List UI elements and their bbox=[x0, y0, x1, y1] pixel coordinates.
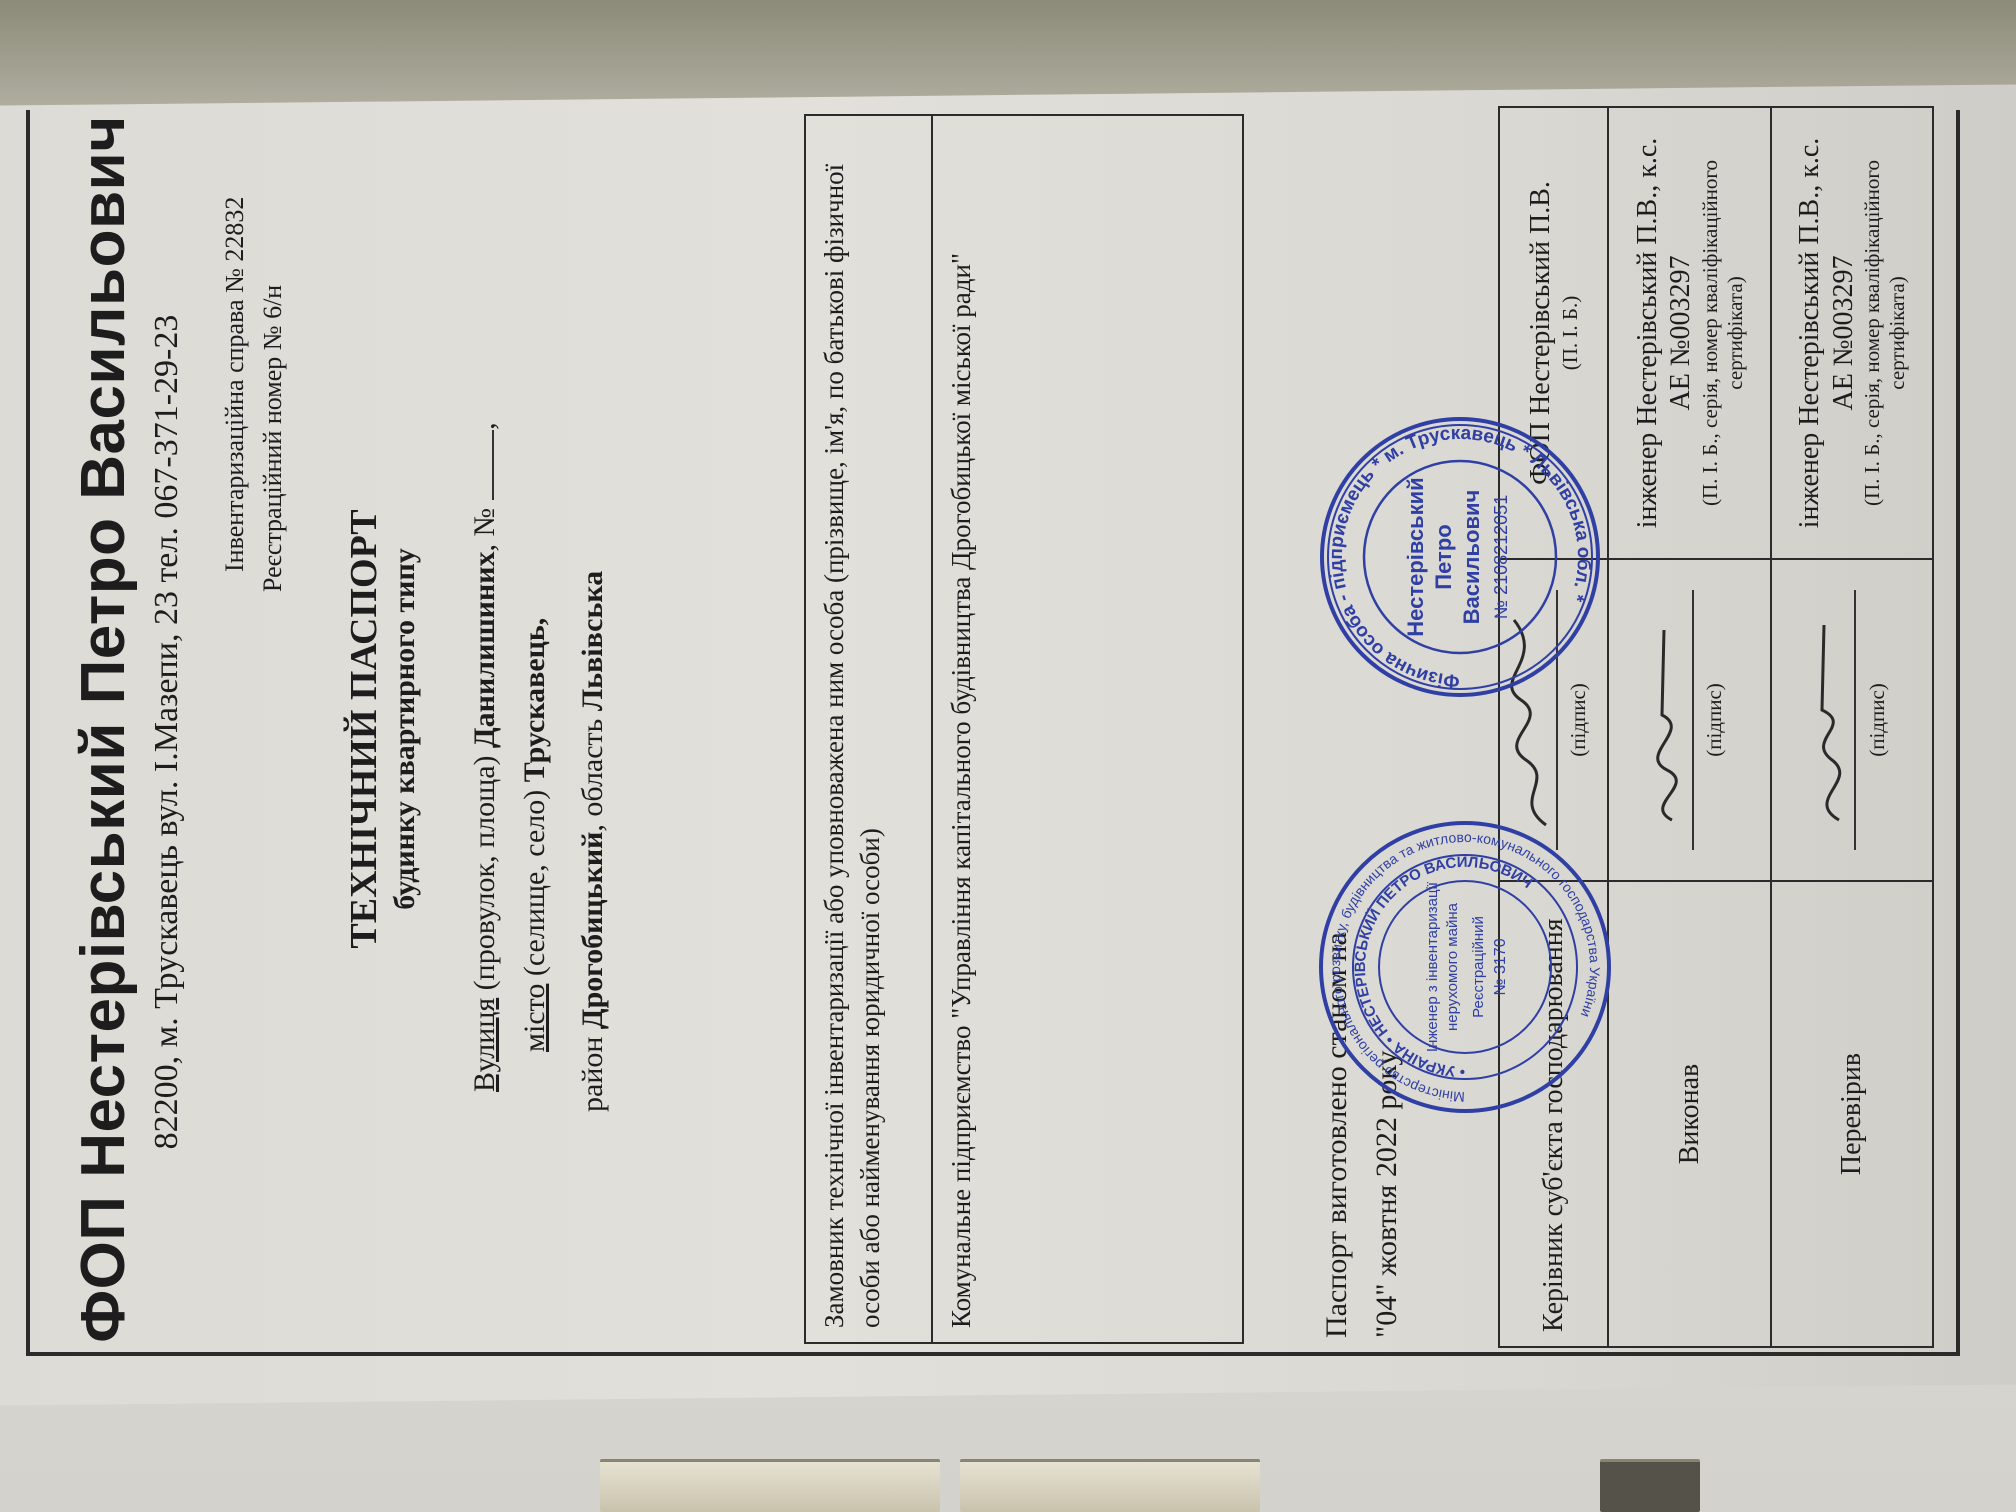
handwritten-signature-icon bbox=[1642, 610, 1698, 830]
company-title: ФОП Нестерівський Петро Васильович bbox=[68, 106, 139, 1352]
city-line: місто (селище, село) Трускавець, bbox=[518, 618, 552, 1052]
binding-strip bbox=[960, 1459, 1260, 1512]
binding-strip bbox=[600, 1459, 940, 1512]
stamp-line: № 3170 bbox=[1492, 938, 1509, 995]
city-alternatives: (селище, село) bbox=[518, 790, 551, 976]
stamp-line: Васильович bbox=[1459, 490, 1484, 625]
inventory-case-number: Інвентаризаційна справа № 22832 bbox=[220, 197, 250, 572]
signer-name: інженер Нестерівський П.В., к.с. АЕ №003… bbox=[1794, 138, 1859, 529]
company-address: 82200, м. Трускавець вул. І.Мазепи, 23 т… bbox=[148, 182, 186, 1282]
signature-row: Виконав (підпис) інженер Нестерівський П… bbox=[1608, 107, 1770, 1347]
customer-label: Замовник технічної інвентаризації або уп… bbox=[805, 115, 932, 1343]
city-label: місто bbox=[518, 984, 551, 1052]
street-value: Данилишиних bbox=[468, 551, 501, 748]
signature-caption: (підпис) bbox=[1865, 568, 1890, 872]
stamp-line: Нестерівський bbox=[1403, 477, 1428, 636]
signature-line bbox=[1814, 590, 1856, 850]
name-cell: інженер Нестерівський П.В., к.с. АЕ №003… bbox=[1771, 107, 1933, 559]
signature-cell: (підпис) bbox=[1608, 559, 1770, 881]
name-caption: (П. І. Б., серія, номер кваліфікаційного… bbox=[1698, 116, 1748, 550]
street-line: Вулиця (провулок, площа) Данилишиних, №, bbox=[468, 422, 502, 1092]
customer-value: Комунальне підприємство "Управління капі… bbox=[932, 115, 1243, 1343]
engineer-stamp: Міністерство регіонального розвитку, буд… bbox=[1315, 817, 1615, 1117]
name-cell: інженер Нестерівський П.В., к.с. АЕ №003… bbox=[1608, 107, 1770, 559]
city-value: Трускавець, bbox=[518, 618, 551, 783]
name-caption: (П. І. Б., серія, номер кваліфікаційного… bbox=[1860, 116, 1910, 550]
signer-name: інженер Нестерівський П.В., к.с. АЕ №003… bbox=[1632, 138, 1697, 529]
oblast-value: Львівська bbox=[576, 571, 609, 711]
signature-line bbox=[1652, 590, 1694, 850]
passport-title: ТЕХНІЧНИЙ ПАСПОРТ bbox=[342, 106, 386, 1352]
role-label: Виконав bbox=[1608, 881, 1770, 1347]
raion-value: Дрогобицький bbox=[576, 832, 609, 1030]
oblast-label: , область bbox=[576, 719, 609, 832]
raion-label: район bbox=[576, 1037, 609, 1112]
stamp-line: Реєстраційний bbox=[1470, 916, 1487, 1018]
street-alternatives: (провулок, площа) bbox=[468, 755, 501, 990]
customer-table: Замовник технічної інвентаризації або уп… bbox=[804, 114, 1244, 1344]
house-number-blank bbox=[492, 430, 494, 500]
stamp-line: Петро bbox=[1431, 524, 1456, 589]
round-stamp-icon: Міністерство регіонального розвитку, буд… bbox=[1315, 817, 1615, 1117]
passport-subtitle: будинку квартирного типу bbox=[388, 106, 422, 1352]
binding-strip bbox=[1600, 1459, 1700, 1512]
role-label: Перевірив bbox=[1771, 881, 1933, 1347]
stamp-line: Інженер з інвентаризації bbox=[1424, 881, 1441, 1052]
raion-line: район Дрогобицький, область Львівська bbox=[576, 571, 610, 1112]
round-stamp-icon: Фізична особа - підприємець * м. Трускав… bbox=[1315, 412, 1605, 702]
number-label: , № bbox=[468, 508, 501, 552]
handwritten-signature-icon bbox=[1804, 610, 1860, 830]
signature-caption: (підпис) bbox=[1702, 568, 1727, 872]
stamp-line: нерухомого майна bbox=[1444, 902, 1461, 1031]
fop-stamp: Фізична особа - підприємець * м. Трускав… bbox=[1315, 412, 1605, 702]
signature-cell: (підпис) bbox=[1771, 559, 1933, 881]
stamp-line: № 2108212051 bbox=[1491, 495, 1511, 619]
signature-row: Керівник суб'єкта господарювання (підпис… bbox=[1499, 107, 1608, 1347]
signature-row: Перевірив (підпис) інженер Нестерівський… bbox=[1771, 107, 1933, 1347]
signatures-table: Керівник суб'єкта господарювання (підпис… bbox=[1498, 106, 1934, 1348]
register-number: Реєстраційний номер № 6/н bbox=[258, 285, 288, 592]
street-label: Вулиця bbox=[468, 998, 501, 1092]
technical-passport-page: ФОП Нестерівський Петро Васильович 82200… bbox=[26, 110, 1960, 1356]
